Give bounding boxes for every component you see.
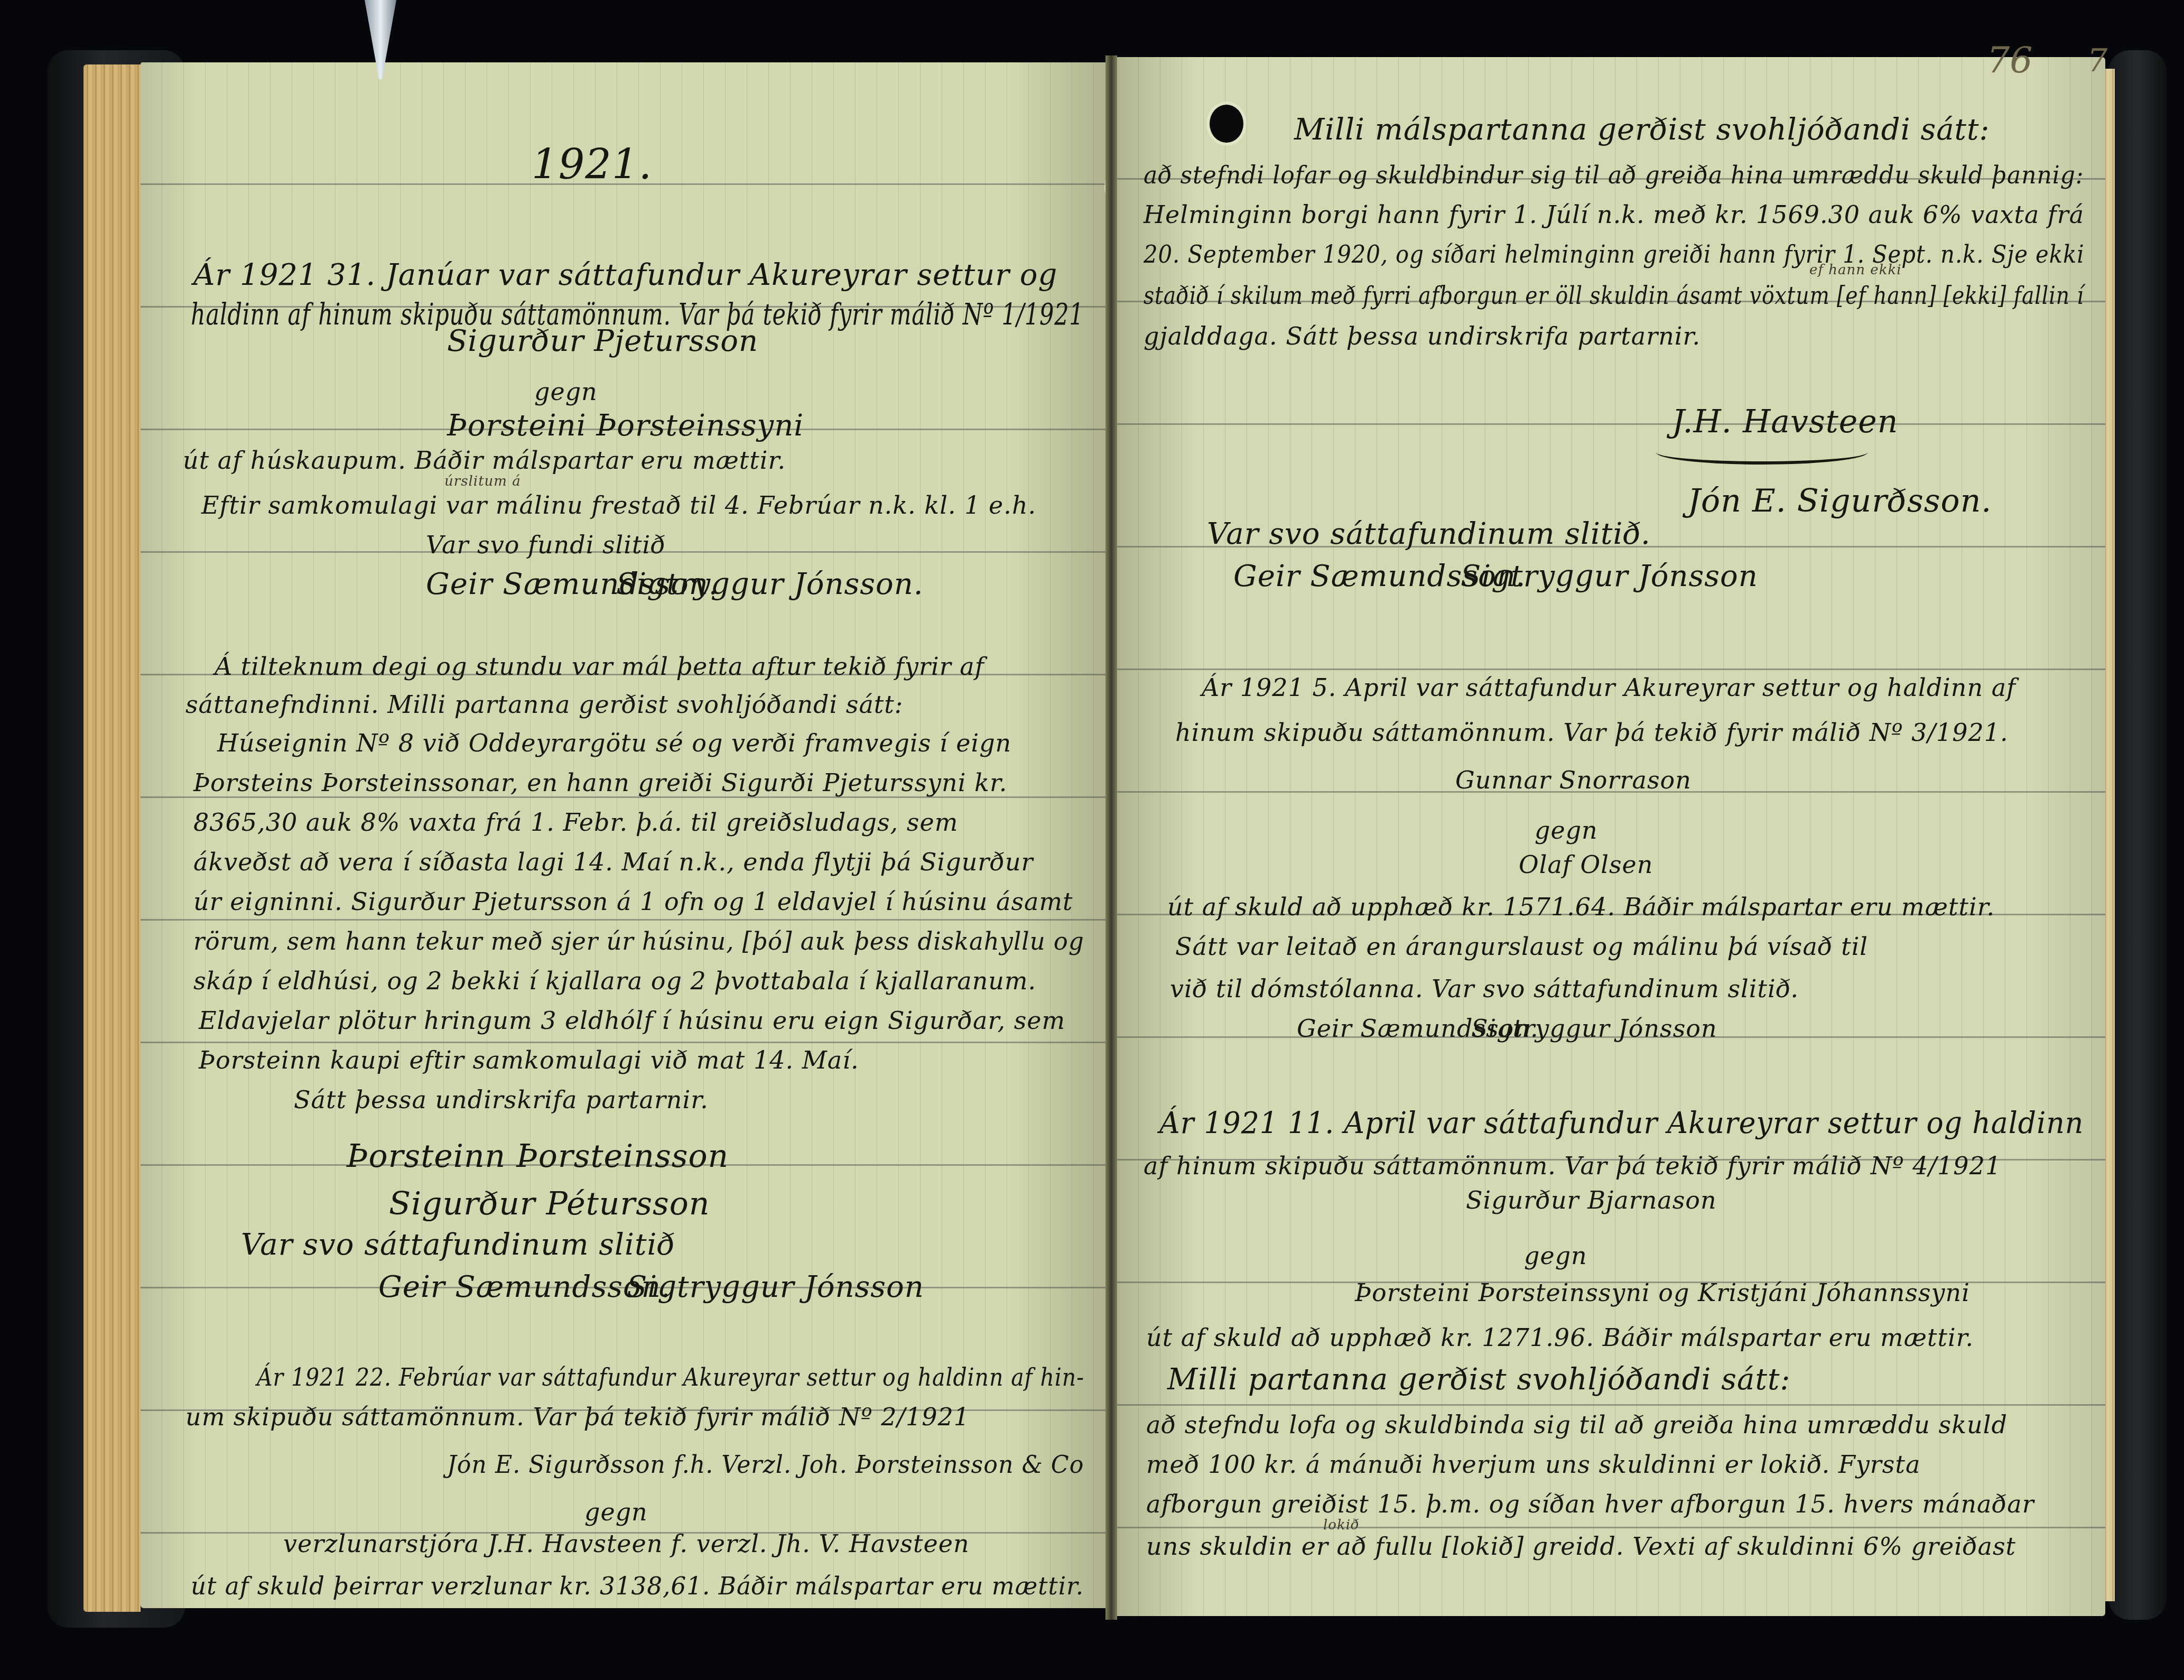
entry1-insertion-note: úrslitum á: [444, 475, 521, 488]
entry1-cont-line-12: Sátt þessa undirskrifa partarnir.: [294, 1088, 709, 1112]
entry2-opening-1: Ár 1921 22. Febrúar var sáttafundur Akur…: [257, 1365, 1084, 1389]
entry1-subject: út af húskaupum. Báðir málspartar eru mæ…: [183, 448, 786, 472]
entry3-line-1: Sátt var leitað en árangurslaust og máli…: [1175, 934, 1868, 959]
entry1-cont-line-10: Eldavjelar plötur hringum 3 eldhólf í hú…: [199, 1008, 1065, 1033]
entry1-cont-line-11: Þorsteinn kaupi eftir samkomulagi við ma…: [199, 1048, 859, 1072]
entry1-cont-line-6: ákveðst að vera í síðasta lagi 14. Maí n…: [193, 850, 1034, 874]
entry2-insertion-note: ef hann ekki: [1809, 263, 1902, 277]
entry4-defendant: Þorsteini Þorsteinssyni og Kristjáni Jóh…: [1355, 1280, 1970, 1305]
entry4-versus: gegn: [1524, 1243, 1587, 1268]
entry4-line-2: að stefndu lofa og skuldbinda sig til að…: [1146, 1413, 2008, 1437]
entry2-versus: gegn: [584, 1500, 648, 1524]
entry2-cont-line-2: að stefndi lofar og skuldbindur sig til …: [1144, 163, 2084, 187]
entry2-opening-2: um skipuðu sáttamönnum. Var þá tekið fyr…: [185, 1405, 970, 1429]
party-signature-havsteen: J.H. Havsteen: [1672, 406, 1899, 438]
entry2-plaintiff: Jón E. Sigurðsson f.h. Verzl. Joh. Þorst…: [447, 1452, 1084, 1477]
entry4-line-4: afborgun greiðist 15. þ.m. og síðan hver…: [1146, 1492, 2034, 1516]
entry1-cont-line-1: Á tilteknum degi og stundu var mál þetta…: [215, 654, 984, 679]
entry1-cont-line-9: skáp í eldhúsi, og 2 bekki í kjallara og…: [193, 969, 1036, 993]
party-signature-sigurdsson: Jón E. Sigurðsson.: [1688, 485, 1992, 517]
entry2-cont-line-4: 20. September 1920, og síðari helminginn…: [1144, 242, 2084, 266]
entry2-cont-line-5: staðið í skilum með fyrri afborgun er öl…: [1144, 283, 2084, 308]
entry1-cont-line-4: Þorsteins Þorsteinssonar, en hann greiði…: [193, 771, 1007, 795]
entry2-cont-closing: Var svo sáttafundinum slitið.: [1207, 519, 1651, 549]
entry3-opening-2: hinum skipuðu sáttamönnum. Var þá tekið …: [1175, 720, 2009, 745]
entry1-cont-closing: Var svo sáttafundinum slitið: [241, 1230, 675, 1260]
entry3-opening-1: Ár 1921 5. April var sáttafundur Akureyr…: [1202, 675, 2016, 700]
book-gutter: [1105, 55, 1117, 1620]
entry2-cont-line-3: Helminginn borgi hann fyrir 1. Júlí n.k.…: [1144, 202, 2084, 227]
entry1-cont-line-5: 8365,30 auk 8% vaxta frá 1. Febr. þ.á. t…: [193, 810, 958, 834]
party-signature-1: Þorsteinn Þorsteinsson: [347, 1140, 729, 1172]
entry3-line-2: við til dómstólanna. Var svo sáttafundin…: [1170, 977, 1799, 1001]
entry1-postponement: Eftir samkomulagi var málinu frestað til…: [201, 493, 1036, 517]
entry4-plaintiff: Sigurður Bjarnason: [1466, 1188, 1717, 1212]
entry4-opening-1: Ár 1921 11. April var sáttafundur Akurey…: [1159, 1109, 2084, 1138]
entry3-defendant: Olaf Olsen: [1519, 852, 1653, 877]
page-number-fragment: 7: [2087, 42, 2107, 79]
entry2-subject: út af skuld þeirrar verzlunar kr. 3138,6…: [191, 1574, 1084, 1598]
entry1-closing: Var svo fundi slitið: [426, 533, 666, 557]
entry3-versus: gegn: [1535, 818, 1598, 842]
entry1-cont-line-7: úr eigninni. Sigurður Pjetursson á 1 ofn…: [193, 889, 1073, 914]
entry4-subject: út af skuld að upphæð kr. 1271.96. Báðir…: [1146, 1325, 1974, 1350]
entry1-defendant: Þorsteini Þorsteinssyni: [447, 411, 804, 441]
entry4-line-3: með 100 kr. á mánuði hverjum uns skuldin…: [1146, 1452, 1920, 1477]
right-page: Milli málspartanna gerðist svohljóðandi …: [1117, 57, 2105, 1616]
entry4-line-1: Milli partanna gerðist svohljóðandi sátt…: [1167, 1365, 1790, 1395]
signature-flourish: [1656, 440, 1867, 465]
entry1-cont-line-2: sáttanefndinni. Milli partanna gerðist s…: [185, 692, 903, 717]
entry1-cont-signature-2: Sigtryggur Jónsson: [627, 1273, 924, 1302]
entry1-versus: gegn: [534, 379, 598, 404]
entry2-cont-signature-2: Sigtryggur Jónsson: [1461, 562, 1758, 591]
entry4-opening-2: af hinum skipuðu sáttamönnum. Var þá tek…: [1144, 1154, 2001, 1178]
page-number: 76: [1987, 40, 2033, 81]
entry4-insertion-note: lokið: [1323, 1518, 1360, 1532]
entry1-plaintiff: Sigurður Pjetursson: [447, 327, 758, 356]
entry2-defendant: verzlunarstjóra J.H. Havsteen f. verzl. …: [283, 1532, 970, 1556]
entry1-opening-1: Ár 1921 31. Janúar var sáttafundur Akure…: [193, 261, 1057, 290]
entry1-cont-line-3: Húseignin Nº 8 við Oddeyrargötu sé og ve…: [217, 731, 1011, 755]
punch-hole-right: [1210, 105, 1243, 143]
year-heading: 1921.: [532, 144, 652, 185]
entry2-cont-line-1: Milli málspartanna gerðist svohljóðandi …: [1294, 115, 1990, 145]
page-stack-left: [83, 64, 141, 1612]
entry1-cont-line-8: rörum, sem hann tekur með sjer úr húsinu…: [193, 929, 1084, 953]
book-cover-right: [2108, 50, 2167, 1620]
entry4-line-5: uns skuldin er að fullu [lokið] greidd. …: [1146, 1534, 2016, 1558]
party-signature-2: Sigurður Pétursson: [389, 1188, 710, 1220]
entry2-cont-line-6: gjalddaga. Sátt þessa undirskrifa partar…: [1144, 324, 1700, 348]
entry3-signature-2: Sigtryggur Jónsson: [1471, 1016, 1717, 1041]
entry1-signature-2: Sigtryggur Jónsson.: [616, 570, 924, 599]
entry3-plaintiff: Gunnar Snorrason: [1455, 768, 1692, 792]
left-page: 1921. Ár 1921 31. Janúar var sáttafundur…: [141, 62, 1105, 1608]
entry3-subject: út af skuld að upphæð kr. 1571.64. Báðir…: [1167, 895, 1995, 919]
